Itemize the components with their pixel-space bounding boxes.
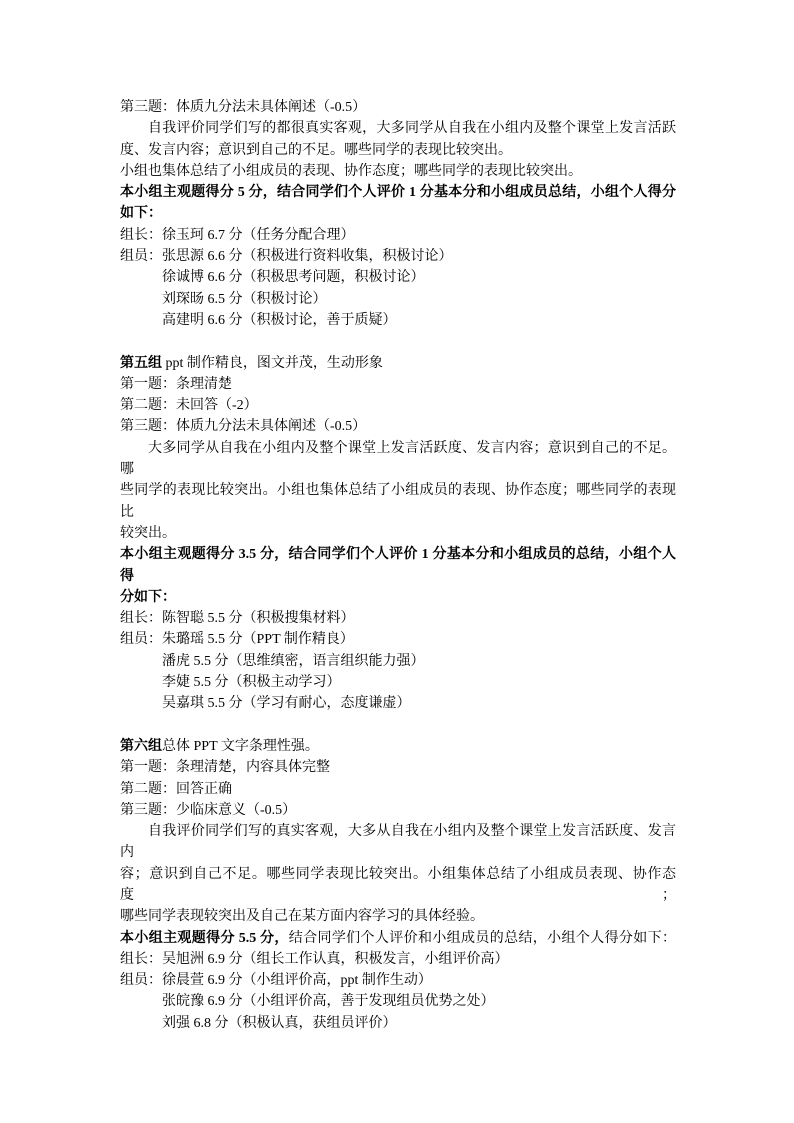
section-group4-continued: 第三题：体质九分法未具体阐述（-0.5） 自我评价同学们写的都很真实客观，大多同… — [120, 97, 676, 331]
self-eval-paragraph-line: 自我评价同学们写的都很真实客观，大多同学从自我在小组内及整个课堂上发言活跃 — [120, 118, 676, 139]
group-6-title-text: 总体 PPT 文字条理性强。 — [162, 739, 319, 754]
member-score-line: 吴嘉琪 5.5 分（学习有耐心，态度谦虚） — [120, 693, 676, 714]
member-score-line: 组员：张思源 6.6 分（积极进行资料收集，积极讨论） — [120, 246, 676, 267]
self-eval-paragraph-line: 哪些同学表现较突出及自己在某方面内容学习的具体经验。 — [120, 906, 676, 927]
question-1-line: 第一题：条理清楚 — [120, 374, 676, 395]
member-score-line: 组员：朱璐瑶 5.5 分（PPT 制作精良） — [120, 629, 676, 650]
score-summary-line-2: 如下： — [120, 203, 676, 224]
member-score-line: 刘琛旸 6.5 分（积极讨论） — [120, 289, 676, 310]
group-5-label: 第五组 — [120, 356, 162, 371]
section-group5: 第五组 ppt 制作精良，图文并茂，生动形象 第一题：条理清楚 第二题：未回答（… — [120, 353, 676, 715]
score-summary-line: 本小组主观题得分 5.5 分，结合同学们个人评价和小组成员的总结，小组个人得分如… — [120, 928, 676, 949]
question-3-line: 第三题：体质九分法未具体阐述（-0.5） — [120, 416, 676, 437]
group-6-title: 第六组总体 PPT 文字条理性强。 — [120, 736, 676, 757]
leader-score-line: 组长：徐玉珂 6.7 分（任务分配合理） — [120, 225, 676, 246]
leader-score-line: 组长：陈智聪 5.5 分（积极搜集材料） — [120, 608, 676, 629]
section-group6: 第六组总体 PPT 文字条理性强。 第一题：条理清楚，内容具体完整 第二题：回答… — [120, 736, 676, 1034]
score-summary-line: 本小组主观题得分 3.5 分，结合同学们个人评价 1 分基本分和小组成员的总结，… — [120, 544, 676, 587]
question-3-line: 第三题：体质九分法未具体阐述（-0.5） — [120, 97, 676, 118]
member-score-line: 高建明 6.6 分（积极讨论，善于质疑） — [120, 310, 676, 331]
member-score-line: 张皖豫 6.9 分（小组评价高，善于发现组员优势之处） — [120, 991, 676, 1012]
member-score-line: 刘强 6.8 分（积极认真，获组员评价） — [120, 1013, 676, 1034]
member-score-line: 徐诚博 6.6 分（积极思考问题，积极讨论） — [120, 267, 676, 288]
question-3-line: 第三题：少临床意义（-0.5） — [120, 800, 676, 821]
member-score-line: 李婕 5.5 分（积极主动学习） — [120, 672, 676, 693]
group-5-title-text: ppt 制作精良，图文并茂，生动形象 — [162, 356, 383, 371]
leader-score-line: 组长：吴旭洲 6.9 分（组长工作认真，积极发言，小组评价高） — [120, 949, 676, 970]
member-score-line: 组员：徐晨萱 6.9 分（小组评价高，ppt 制作生动） — [120, 970, 676, 991]
self-eval-paragraph-line: 大多同学从自我在小组内及整个课堂上发言活跃度、发言内容；意识到自己的不足。哪 — [120, 438, 676, 481]
score-summary-bold-part: 本小组主观题得分 5.5 分， — [120, 931, 289, 946]
question-2-line: 第二题：回答正确 — [120, 779, 676, 800]
question-1-line: 第一题：条理清楚，内容具体完整 — [120, 757, 676, 778]
member-score-line: 潘虎 5.5 分（思维缜密，语言组织能力强） — [120, 651, 676, 672]
document-page: 第三题：体质九分法未具体阐述（-0.5） 自我评价同学们写的都很真实客观，大多同… — [0, 0, 794, 1123]
self-eval-paragraph-line: 些同学的表现比较突出。小组也集体总结了小组成员的表现、协作态度；哪些同学的表现比 — [120, 480, 676, 523]
self-eval-paragraph-line: 容；意识到自己不足。哪些同学表现比较突出。小组集体总结了小组成员表现、协作态度； — [120, 864, 676, 907]
self-eval-paragraph-line: 自我评价同学们写的真实客观，大多从自我在小组内及整个课堂上发言活跃度、发言内 — [120, 821, 676, 864]
score-summary-line-2: 分如下： — [120, 587, 676, 608]
document-content: 第三题：体质九分法未具体阐述（-0.5） 自我评价同学们写的都很真实客观，大多同… — [120, 97, 676, 1034]
score-summary-rest: 结合同学们个人评价和小组成员的总结，小组个人得分如下： — [289, 931, 676, 946]
score-summary-line: 本小组主观题得分 5 分，结合同学们个人评价 1 分基本分和小组成员总结，小组个… — [120, 182, 676, 203]
self-eval-paragraph-line: 较突出。 — [120, 523, 676, 544]
group-summary-line: 小组也集体总结了小组成员的表现、协作态度；哪些同学的表现比较突出。 — [120, 161, 676, 182]
question-2-line: 第二题：未回答（-2） — [120, 395, 676, 416]
group-6-label: 第六组 — [120, 739, 162, 754]
self-eval-paragraph-line: 度、发言内容；意识到自己的不足。哪些同学的表现比较突出。 — [120, 140, 676, 161]
group-5-title: 第五组 ppt 制作精良，图文并茂，生动形象 — [120, 353, 676, 374]
